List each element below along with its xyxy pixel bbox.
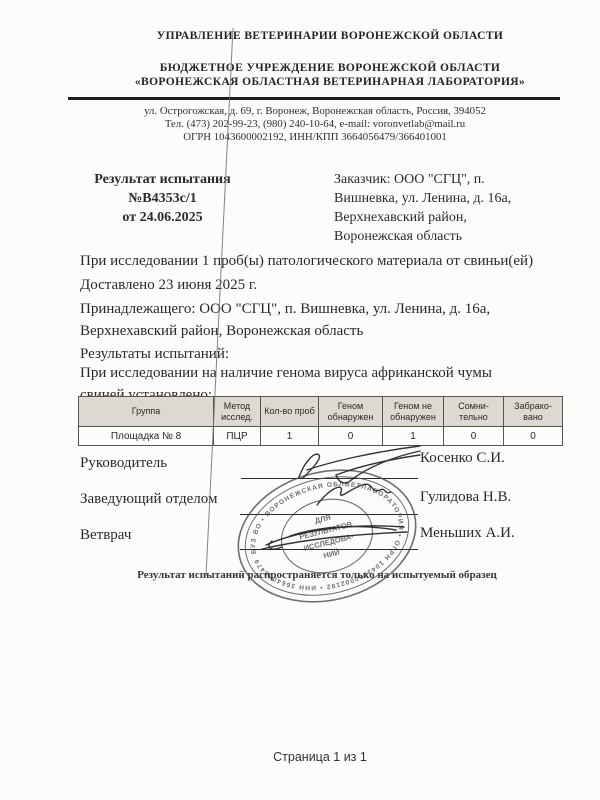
customer-block: Заказчик: ООО "СГЦ", п. Вишневка, ул. Ле… [334, 170, 534, 246]
authority-title: УПРАВЛЕНИЕ ВЕТЕРИНАРИИ ВОРОНЕЖСКОЙ ОБЛАС… [70, 30, 590, 42]
delivery-date: Доставлено 23 июня 2025 г. [80, 275, 560, 297]
table-cell-group: Площадка № 8 [79, 427, 214, 446]
header-divider [68, 97, 560, 100]
table-header-cell: Забрако­вано [504, 397, 563, 427]
customer-line: Вишневка, ул. Ленина, д. 16а, [334, 189, 534, 208]
table-cell-doubtful: 0 [444, 427, 504, 446]
table-cell-count: 1 [261, 427, 319, 446]
result-number-block: Результат испытания №В4353с/1 от 24.06.2… [85, 170, 240, 227]
registration-line: ОГРН 1043600002192, ИНН/КПП 3664056479/3… [55, 131, 575, 143]
stamp-center-text: ДЛЯ РЕЗУЛЬТАТОВ ИССЛЕДОВА- НИЙ [295, 508, 359, 565]
table-row: Площадка № 8 ПЦР 1 0 1 0 0 [79, 427, 563, 446]
role-label-director: Руководитель [80, 455, 167, 472]
signature-line [241, 478, 418, 479]
role-label-veterinarian: Ветврач [80, 527, 131, 544]
stamp-outer-ring-inner [233, 460, 422, 612]
contacts-line: Тел. (473) 202-99-23, (980) 240-10-64, e… [55, 118, 575, 130]
signature-line [240, 514, 418, 515]
sample-info: При исследовании 1 проб(ы) патологическо… [80, 251, 560, 273]
footer-note: Результат испытаний распространяется тол… [72, 569, 562, 581]
table-header-cell: Метод исслед. [214, 397, 261, 427]
customer-line: Верхнехавский район, [334, 208, 534, 227]
signer-name-veterinarian: Меньших А.И. [420, 525, 515, 542]
table-header-cell: Геном обнаружен [319, 397, 383, 427]
svg-text:РЕЗУЛЬТАТОВ: РЕЗУЛЬТАТОВ [298, 520, 353, 542]
org-name-line2: «ВОРОНЕЖСКАЯ ОБЛАСТНАЯ ВЕТЕРИНАРНАЯ ЛАБО… [70, 76, 590, 88]
page-number: Страница 1 из 1 [200, 750, 440, 764]
customer-line: Заказчик: ООО "СГЦ", п. [334, 170, 534, 189]
stamp-ring-text: БУЗ ВО • ВОРОНЕЖСКАЯ ОБЛВЕТЛАБОРАТОРИЯ •… [238, 466, 415, 607]
table-cell-genome-found: 0 [319, 427, 383, 446]
table-header-cell: Кол-во проб [261, 397, 319, 427]
table-cell-genome-not-found: 1 [383, 427, 444, 446]
owner-info: Принадлежащего: ООО "СГЦ", п. Вишневка, … [80, 299, 546, 342]
document-page: УПРАВЛЕНИЕ ВЕТЕРИНАРИИ ВОРОНЕЖСКОЙ ОБЛАС… [0, 0, 600, 800]
signer-name-head-of-department: Гулидова Н.В. [420, 489, 511, 506]
signature-line [240, 549, 418, 550]
results-table: Группа Метод исслед. Кол-во проб Геном о… [78, 396, 563, 446]
result-number: №В4353с/1 [85, 189, 240, 208]
address-line: ул. Острогожская, д. 69, г. Воронеж, Вор… [55, 105, 575, 117]
result-title: Результат испытания [85, 170, 240, 189]
table-header-row: Группа Метод исслед. Кол-во проб Геном о… [79, 397, 563, 427]
customer-line: Воронежская область [334, 227, 534, 246]
role-label-head-of-department: Заведующий отделом [80, 491, 217, 508]
table-header-cell: Сомни­тельно [444, 397, 504, 427]
table-header-cell: Геном не обнаружен [383, 397, 444, 427]
table-cell-rejected: 0 [504, 427, 563, 446]
signer-name-director: Косенко С.И. [420, 450, 505, 467]
table-cell-method: ПЦР [214, 427, 261, 446]
result-date: от 24.06.2025 [85, 208, 240, 227]
org-name-line1: БЮДЖЕТНОЕ УЧРЕЖДЕНИЕ ВОРОНЕЖСКОЙ ОБЛАСТИ [70, 62, 590, 74]
table-header-cell: Группа [79, 397, 214, 427]
signature-stroke-head-of-department [317, 484, 391, 505]
signature-stroke-veterinarian [262, 526, 407, 549]
